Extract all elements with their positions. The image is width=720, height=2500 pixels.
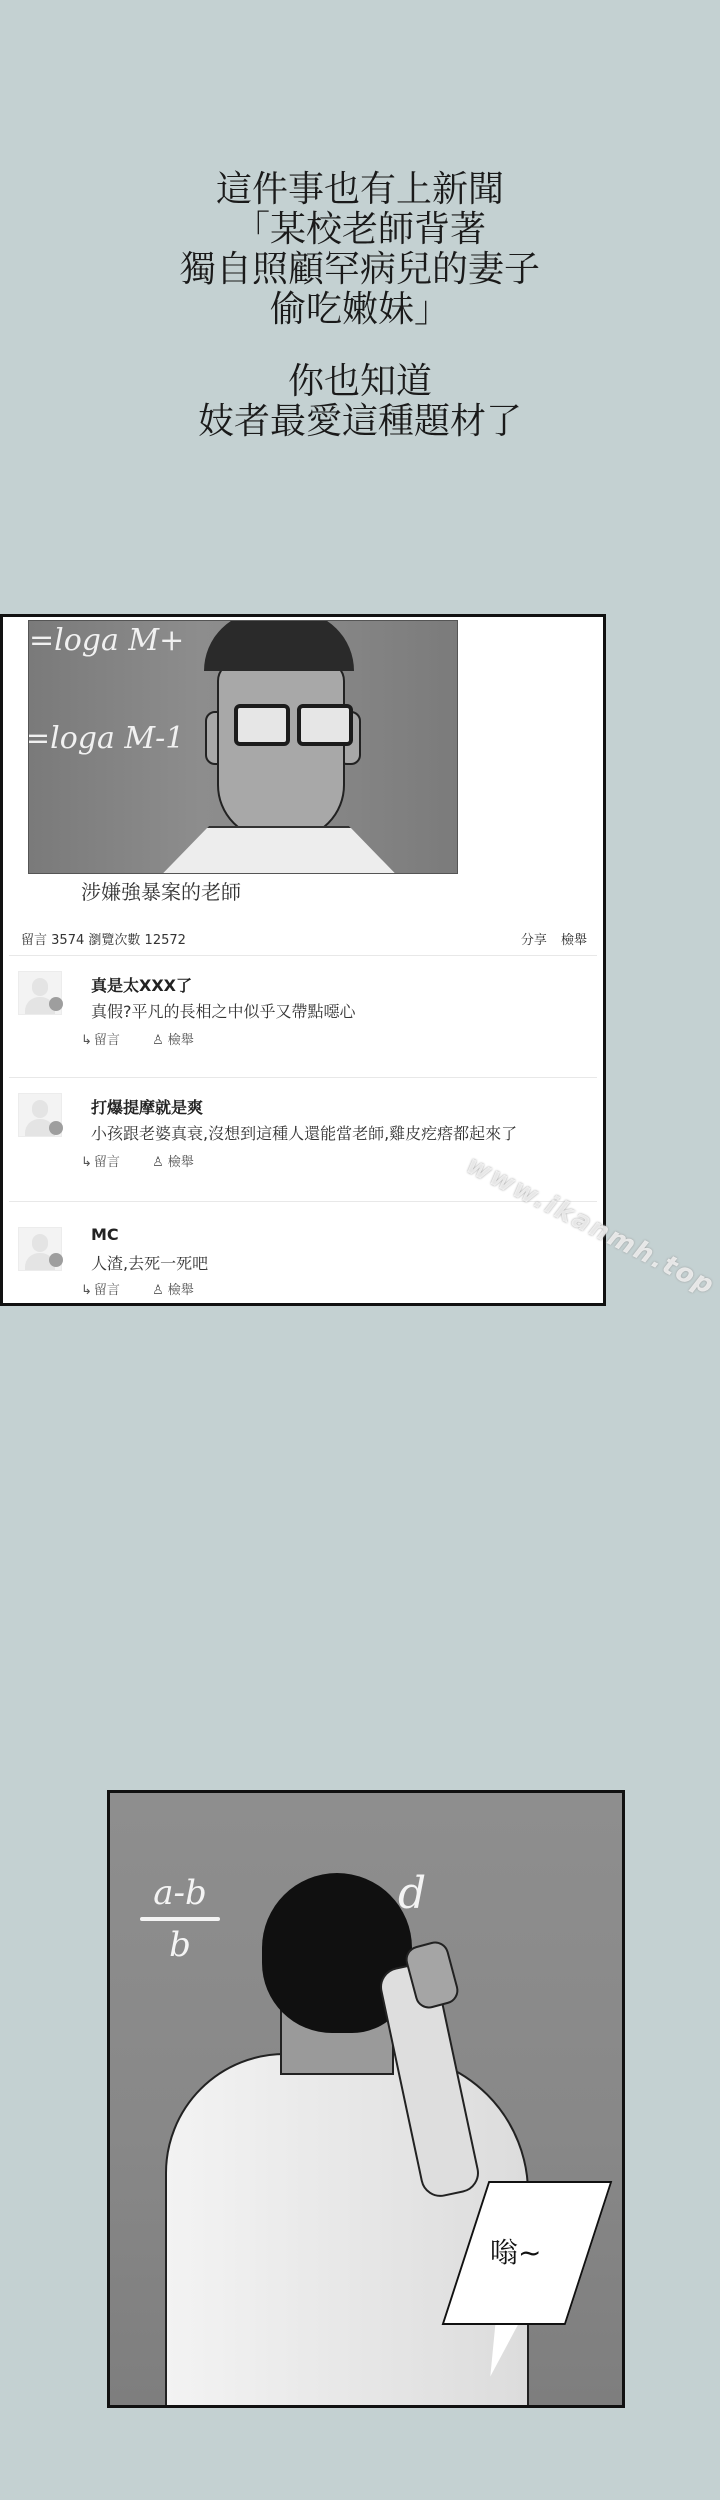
- comment-author[interactable]: 打爆提摩就是爽: [91, 1095, 203, 1118]
- reply-button[interactable]: ↳留言: [81, 1033, 134, 1048]
- glasses-lens: [234, 704, 290, 746]
- fraction-bar: [140, 1917, 220, 1921]
- comments-label: 留言: [21, 933, 47, 948]
- chalkboard-panel: a-b b d 嗡~: [107, 1790, 625, 2408]
- report-button[interactable]: ♙檢舉: [152, 1283, 208, 1298]
- caption-line: 妓者最愛這種題材了: [0, 402, 720, 442]
- divider: [9, 1077, 597, 1078]
- online-status-dot: [49, 997, 63, 1011]
- comments-count: 3574: [51, 933, 84, 948]
- comment-text: 人渣,去死一死吧: [91, 1251, 208, 1274]
- person-icon: ♙: [152, 1155, 164, 1170]
- speech-text: 嗡~: [490, 2231, 541, 2271]
- reply-button[interactable]: ↳留言: [81, 1283, 134, 1298]
- report-button[interactable]: ♙檢舉: [152, 1033, 208, 1048]
- person-icon: ♙: [152, 1283, 164, 1298]
- comment-actions: ↳留言 ♙檢舉: [81, 1279, 222, 1298]
- news-image-caption: 涉嫌強暴案的老師: [81, 876, 241, 905]
- chalk-denominator: b: [140, 1925, 220, 1965]
- comment-author[interactable]: MC: [91, 1225, 119, 1244]
- chalk-fraction: a-b b: [140, 1873, 220, 1965]
- views-label: 瀏覽次數: [88, 933, 140, 948]
- report-link[interactable]: 檢舉: [561, 933, 587, 948]
- glasses-lens: [297, 704, 353, 746]
- chalk-numerator: a-b: [140, 1873, 220, 1913]
- teacher-shirt: [139, 826, 419, 874]
- article-actions: 分享 檢舉: [521, 929, 587, 948]
- caption-line: 偷吃嫩妹」: [0, 290, 720, 330]
- chalk-formula: =loga M+: [29, 623, 184, 658]
- comment-author[interactable]: 真是太XXX了: [91, 973, 192, 996]
- teacher-face: [217, 661, 345, 840]
- caption-line: 「某校老師背著: [0, 210, 720, 250]
- online-status-dot: [49, 1121, 63, 1135]
- reply-arrow-icon: ↳: [81, 1033, 92, 1048]
- caption-line: 獨自照顧罕病兒的妻子: [0, 250, 720, 290]
- online-status-dot: [49, 1253, 63, 1267]
- article-stats: 留言 3574 瀏覽次數 12572: [21, 929, 186, 948]
- caption-news-block: 這件事也有上新聞 「某校老師背著 獨自照顧罕病兒的妻子 偷吃嫩妹」: [0, 170, 720, 330]
- person-icon: ♙: [152, 1033, 164, 1048]
- comment-actions: ↳留言 ♙檢舉: [81, 1151, 222, 1170]
- caption-line: 這件事也有上新聞: [0, 170, 720, 210]
- divider: [9, 955, 597, 956]
- report-button[interactable]: ♙檢舉: [152, 1155, 208, 1170]
- caption-line: 你也知道: [0, 362, 720, 402]
- reply-arrow-icon: ↳: [81, 1283, 92, 1298]
- news-photo-teacher: =loga M+ =loga M-1: [28, 620, 458, 874]
- caption-reporter-block: 你也知道 妓者最愛這種題材了: [0, 362, 720, 442]
- reply-button[interactable]: ↳留言: [81, 1155, 134, 1170]
- reply-arrow-icon: ↳: [81, 1155, 92, 1170]
- share-link[interactable]: 分享: [521, 933, 547, 948]
- chalk-formula: =loga M-1: [28, 721, 184, 756]
- comment-text: 小孩跟老婆真衰,沒想到這種人還能當老師,雞皮疙瘩都起來了: [91, 1121, 517, 1144]
- comment-actions: ↳留言 ♙檢舉: [81, 1029, 222, 1048]
- views-count: 12572: [145, 933, 186, 948]
- comment-text: 真假?平凡的長相之中似乎又帶點噁心: [91, 999, 356, 1022]
- teacher-hair: [204, 620, 354, 671]
